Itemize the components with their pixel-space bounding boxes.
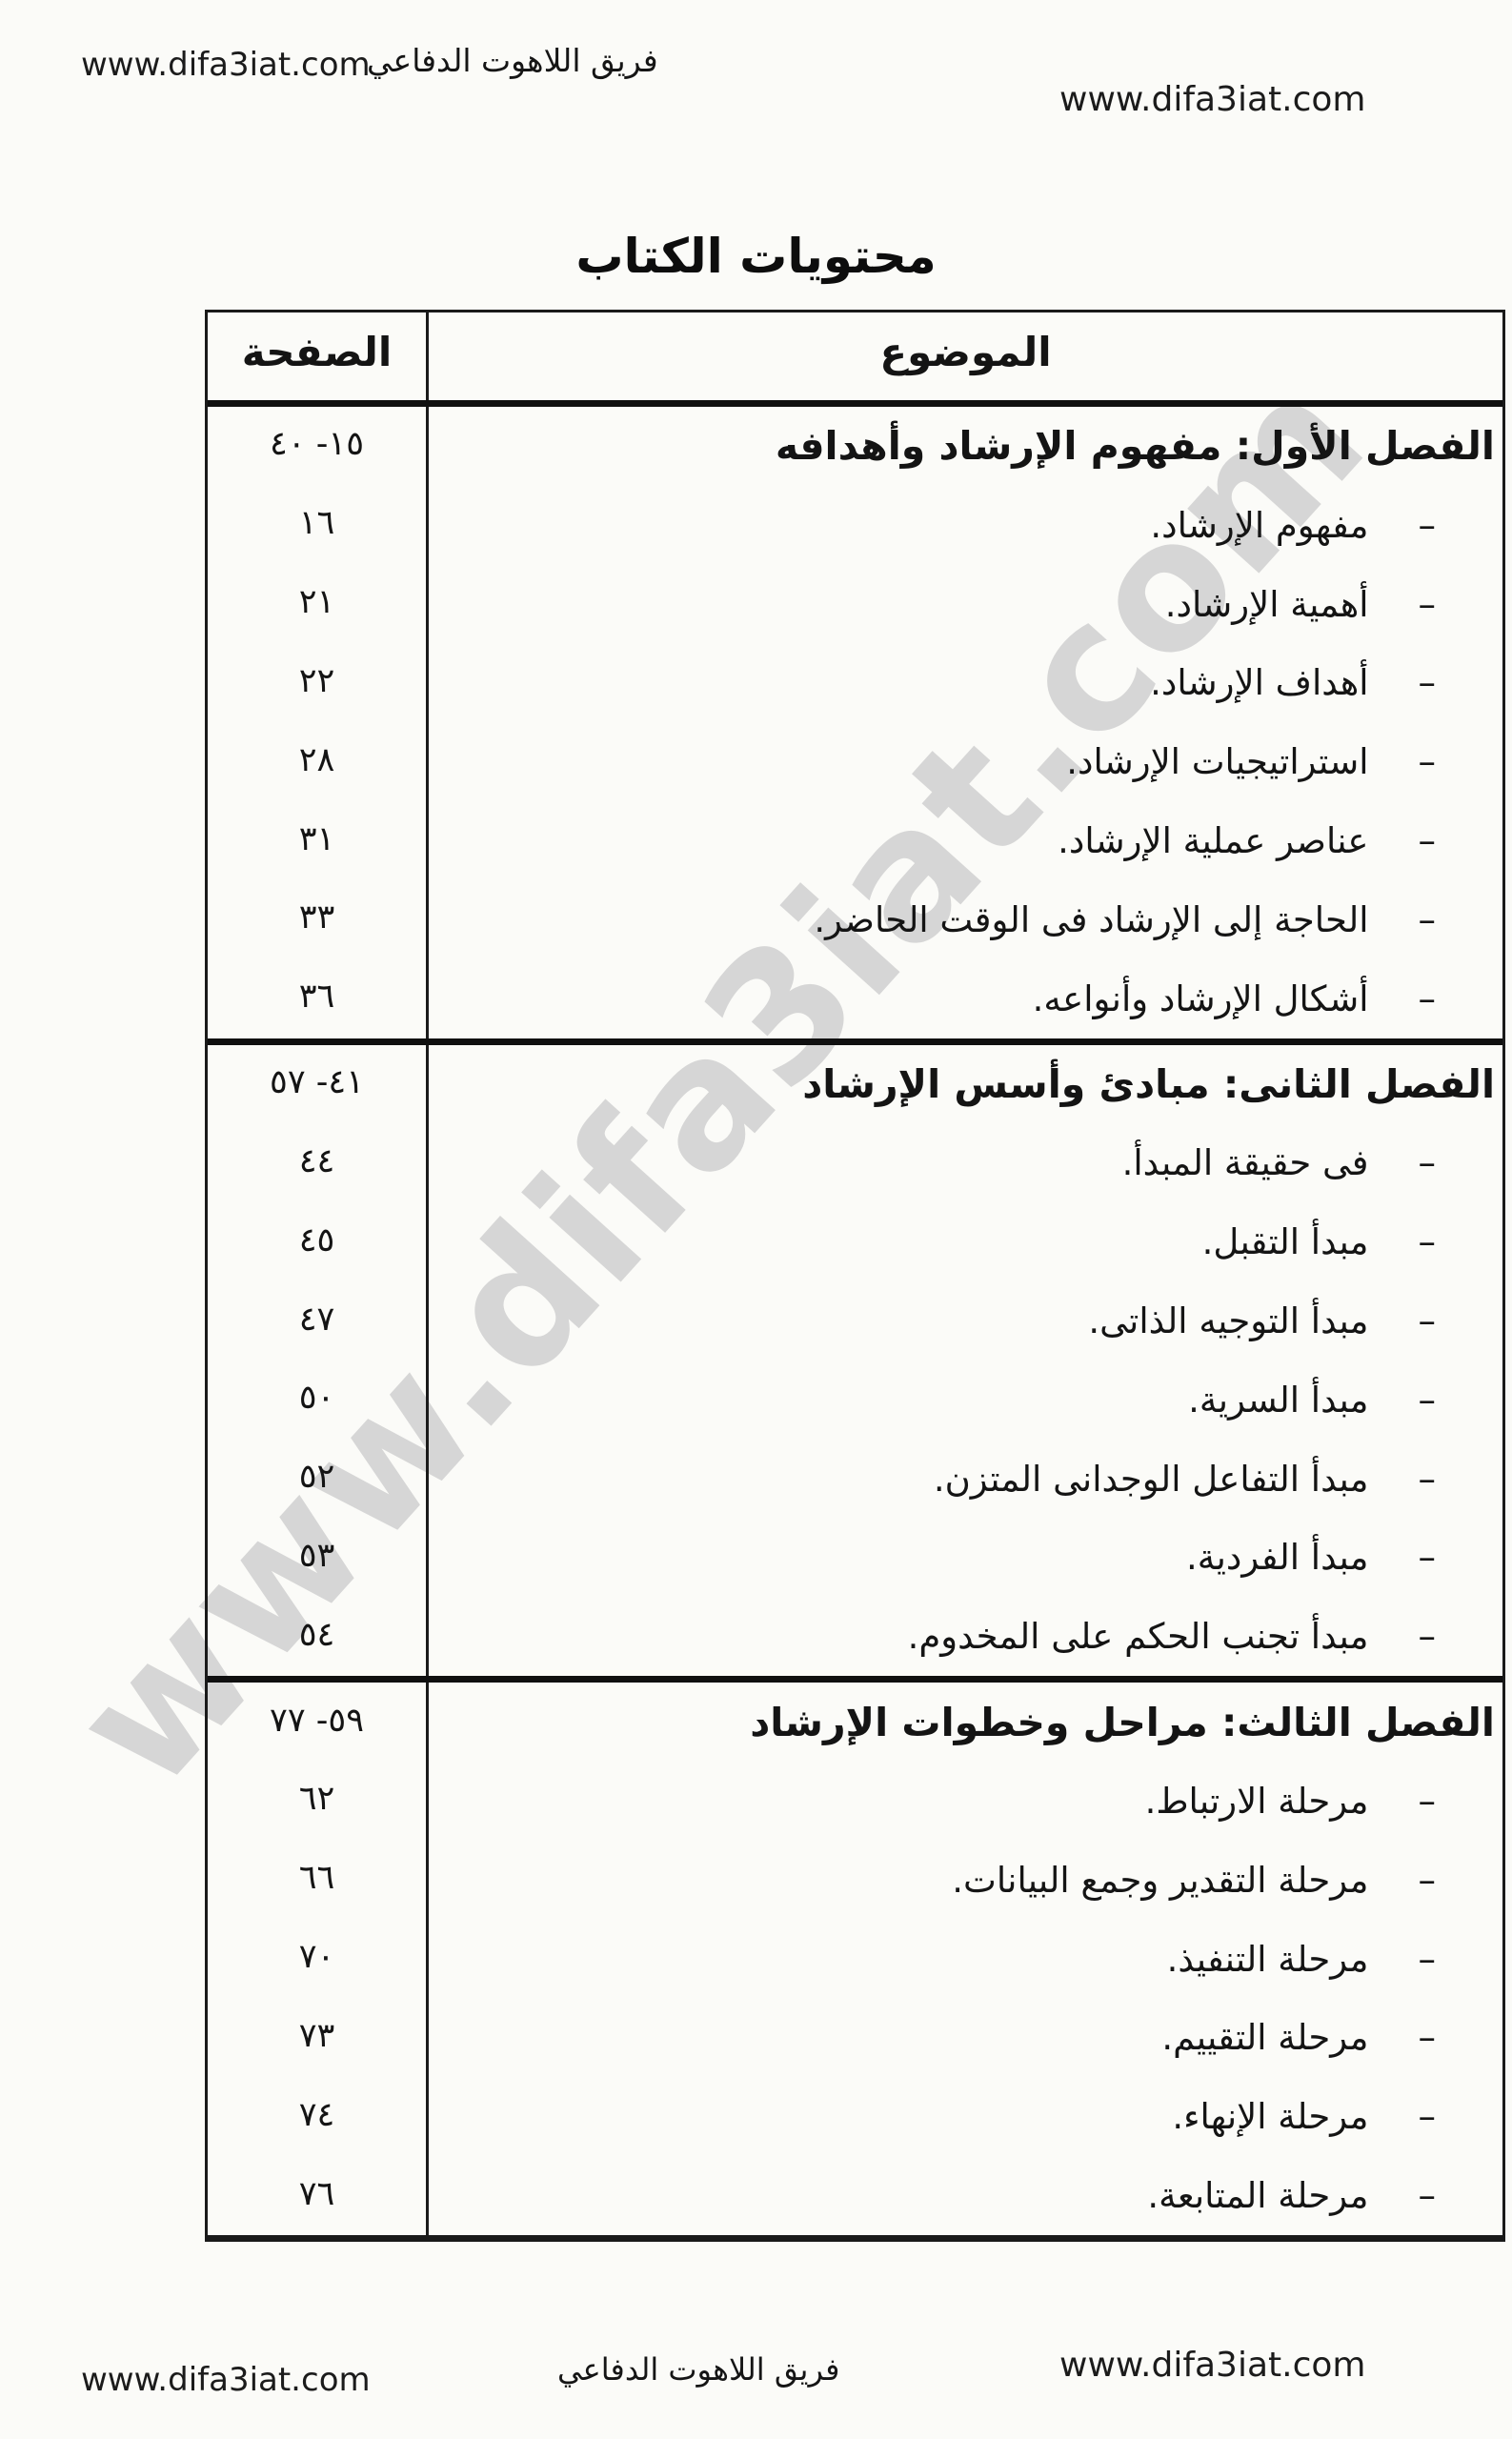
chapter-page-range: ٤١- ٥٧ — [208, 1045, 429, 1124]
column-header-page: الصفحة — [208, 312, 429, 400]
header-team-name: فريق اللاهوت الدفاعي — [367, 42, 658, 79]
toc-item-row: ٧٤ –مرحلة الإنهاء. — [208, 2077, 1502, 2156]
dash-bullet: – — [1419, 1300, 1437, 1341]
chapter-title: الفصل الثانى: مبادئ وأسس الإرشاد — [429, 1045, 1502, 1124]
item-topic-text: مرحلة التنفيذ. — [1167, 1939, 1369, 1980]
chapter-row: ٤١- ٥٧ الفصل الثانى: مبادئ وأسس الإرشاد — [208, 1045, 1502, 1124]
item-topic: –الحاجة إلى الإرشاد فى الوقت الحاضر. — [429, 880, 1502, 959]
item-page-number: ١٦ — [208, 486, 429, 565]
item-topic-text: مبدأ تجنب الحكم على المخدوم. — [908, 1616, 1369, 1657]
footer-team-name: فريق اللاهوت الدفاعي — [557, 2351, 839, 2388]
toc-item-row: ٦٢ –مرحلة الارتباط. — [208, 1762, 1502, 1841]
dash-bullet: – — [1419, 978, 1437, 1019]
dash-bullet: – — [1419, 584, 1437, 625]
item-page-number: ٢٨ — [208, 722, 429, 801]
toc-header-row: الصفحة الموضوع — [208, 312, 1502, 407]
toc-section-chapter-2: ٤١- ٥٧ الفصل الثانى: مبادئ وأسس الإرشاد … — [208, 1038, 1502, 1677]
dash-bullet: – — [1419, 1781, 1437, 1822]
item-page-number: ٦٦ — [208, 1841, 429, 1920]
toc-item-row: ٢٨ –استراتيجيات الإرشاد. — [208, 722, 1502, 801]
toc-item-row: ٥٢ –مبدأ التفاعل الوجدانى المتزن. — [208, 1440, 1502, 1519]
dash-bullet: – — [1419, 1142, 1437, 1183]
item-topic-text: مبدأ الفردية. — [1186, 1537, 1369, 1578]
dash-bullet: – — [1419, 1380, 1437, 1421]
footer-site-url-left: www.difa3iat.com — [81, 2361, 371, 2399]
item-page-number: ٤٥ — [208, 1202, 429, 1281]
item-topic: –مرحلة المتابعة. — [429, 2156, 1502, 2235]
toc-item-row: ٣٣ –الحاجة إلى الإرشاد فى الوقت الحاضر. — [208, 880, 1502, 959]
item-topic-text: مرحلة التقدير وجمع البيانات. — [952, 1860, 1368, 1901]
item-topic: –أشكال الإرشاد وأنواعه. — [429, 959, 1502, 1038]
item-topic: –مبدأ التفاعل الوجدانى المتزن. — [429, 1440, 1502, 1519]
dash-bullet: – — [1419, 741, 1437, 782]
page-title: محتويات الكتاب — [575, 229, 936, 284]
item-topic-text: مفهوم الإرشاد. — [1150, 505, 1368, 546]
toc-item-row: ٢٢ –أهداف الإرشاد. — [208, 643, 1502, 722]
toc-item-row: ٤٧ –مبدأ التوجيه الذاتى. — [208, 1281, 1502, 1361]
dash-bullet: – — [1419, 505, 1437, 546]
toc-item-row: ٧٣ –مرحلة التقييم. — [208, 1999, 1502, 2078]
item-page-number: ٥٠ — [208, 1361, 429, 1440]
dash-bullet: – — [1419, 2017, 1437, 2058]
toc-item-row: ٢١ –أهمية الإرشاد. — [208, 565, 1502, 644]
item-page-number: ٤٧ — [208, 1281, 429, 1361]
item-page-number: ٥٣ — [208, 1519, 429, 1598]
item-page-number: ٢١ — [208, 565, 429, 644]
item-topic-text: مبدأ التفاعل الوجدانى المتزن. — [934, 1459, 1369, 1500]
item-topic: –مبدأ تجنب الحكم على المخدوم. — [429, 1597, 1502, 1676]
toc-item-row: ١٦ –مفهوم الإرشاد. — [208, 486, 1502, 565]
item-topic: –أهمية الإرشاد. — [429, 565, 1502, 644]
dash-bullet: – — [1419, 1459, 1437, 1500]
item-topic-text: مرحلة المتابعة. — [1147, 2175, 1368, 2216]
dash-bullet: – — [1419, 2096, 1437, 2137]
item-topic-text: مبدأ التقبل. — [1202, 1221, 1369, 1262]
item-topic-text: أشكال الإرشاد وأنواعه. — [1033, 978, 1369, 1019]
item-topic-text: مبدأ التوجيه الذاتى. — [1088, 1300, 1368, 1341]
item-topic: –مرحلة الإنهاء. — [429, 2077, 1502, 2156]
dash-bullet: – — [1419, 1537, 1437, 1578]
item-page-number: ٧٦ — [208, 2156, 429, 2235]
item-page-number: ٧٤ — [208, 2077, 429, 2156]
item-page-number: ٢٢ — [208, 643, 429, 722]
dash-bullet: – — [1419, 820, 1437, 861]
item-topic: –مرحلة الارتباط. — [429, 1762, 1502, 1841]
item-topic: –مرحلة التقييم. — [429, 1999, 1502, 2078]
chapter-page-range: ٥٩- ٧٧ — [208, 1683, 429, 1762]
toc-section-chapter-1: ١٥- ٤٠ الفصل الأول: مفهوم الإرشاد وأهداف… — [208, 407, 1502, 1038]
column-header-topic: الموضوع — [429, 312, 1502, 400]
item-page-number: ٥٤ — [208, 1597, 429, 1676]
item-topic-text: عناصر عملية الإرشاد. — [1058, 820, 1368, 861]
dash-bullet: – — [1419, 1221, 1437, 1262]
item-topic-text: مبدأ السرية. — [1188, 1380, 1368, 1421]
item-topic: –عناصر عملية الإرشاد. — [429, 801, 1502, 880]
item-topic-text: أهداف الإرشاد. — [1150, 662, 1368, 703]
header-site-url-right: www.difa3iat.com — [1059, 80, 1365, 119]
chapter-title-text: الفصل الثانى: مبادئ وأسس الإرشاد — [802, 1061, 1495, 1107]
item-topic: –مفهوم الإرشاد. — [429, 486, 1502, 565]
item-topic-text: أهمية الإرشاد. — [1165, 584, 1369, 625]
item-topic: –مبدأ السرية. — [429, 1361, 1502, 1440]
chapter-title: الفصل الثالث: مراحل وخطوات الإرشاد — [429, 1683, 1502, 1762]
item-topic: –مبدأ التوجيه الذاتى. — [429, 1281, 1502, 1361]
toc-item-row: ٧٦ –مرحلة المتابعة. — [208, 2156, 1502, 2235]
chapter-page-range: ١٥- ٤٠ — [208, 407, 429, 486]
toc-item-row: ٤٥ –مبدأ التقبل. — [208, 1202, 1502, 1281]
item-topic: –مبدأ التقبل. — [429, 1202, 1502, 1281]
item-page-number: ٣١ — [208, 801, 429, 880]
item-topic-text: مرحلة الارتباط. — [1145, 1781, 1369, 1822]
item-topic-text: فى حقيقة المبدأ. — [1122, 1142, 1369, 1183]
item-topic-text: مرحلة التقييم. — [1161, 2017, 1368, 2058]
header-site-url-left: www.difa3iat.com — [81, 46, 371, 84]
dash-bullet: – — [1419, 2175, 1437, 2216]
toc-item-row: ٣١ –عناصر عملية الإرشاد. — [208, 801, 1502, 880]
dash-bullet: – — [1419, 662, 1437, 703]
toc-item-row: ٣٦ –أشكال الإرشاد وأنواعه. — [208, 959, 1502, 1038]
toc-item-row: ٥٣ –مبدأ الفردية. — [208, 1519, 1502, 1598]
item-topic: –فى حقيقة المبدأ. — [429, 1123, 1502, 1202]
chapter-row: ٥٩- ٧٧ الفصل الثالث: مراحل وخطوات الإرشا… — [208, 1683, 1502, 1762]
toc-item-row: ٤٤ –فى حقيقة المبدأ. — [208, 1123, 1502, 1202]
toc-item-row: ٥٠ –مبدأ السرية. — [208, 1361, 1502, 1440]
chapter-title: الفصل الأول: مفهوم الإرشاد وأهدافه — [429, 407, 1502, 486]
toc-table: الصفحة الموضوع ١٥- ٤٠ الفصل الأول: مفهوم… — [205, 310, 1505, 2242]
item-page-number: ٦٢ — [208, 1762, 429, 1841]
item-page-number: ٣٦ — [208, 959, 429, 1038]
scanned-toc-page: { "header": { "site_left": "www.difa3iat… — [0, 0, 1512, 2439]
item-page-number: ٧٣ — [208, 1999, 429, 2078]
item-topic: –مرحلة التقدير وجمع البيانات. — [429, 1841, 1502, 1920]
item-topic: –استراتيجيات الإرشاد. — [429, 722, 1502, 801]
item-topic-text: استراتيجيات الإرشاد. — [1066, 741, 1368, 782]
dash-bullet: – — [1419, 1939, 1437, 1980]
item-topic-text: مرحلة الإنهاء. — [1172, 2096, 1368, 2137]
item-page-number: ٣٣ — [208, 880, 429, 959]
item-topic: –مبدأ الفردية. — [429, 1519, 1502, 1598]
dash-bullet: – — [1419, 1860, 1437, 1901]
toc-item-row: ٦٦ –مرحلة التقدير وجمع البيانات. — [208, 1841, 1502, 1920]
item-page-number: ٤٤ — [208, 1123, 429, 1202]
item-page-number: ٥٢ — [208, 1440, 429, 1519]
toc-section-chapter-3: ٥٩- ٧٧ الفصل الثالث: مراحل وخطوات الإرشا… — [208, 1676, 1502, 2235]
footer-site-url-right: www.difa3iat.com — [1059, 2346, 1365, 2385]
chapter-title-text: الفصل الأول: مفهوم الإرشاد وأهدافه — [776, 423, 1495, 469]
chapter-row: ١٥- ٤٠ الفصل الأول: مفهوم الإرشاد وأهداف… — [208, 407, 1502, 486]
toc-item-row: ٧٠ –مرحلة التنفيذ. — [208, 1920, 1502, 1999]
chapter-title-text: الفصل الثالث: مراحل وخطوات الإرشاد — [750, 1700, 1495, 1745]
item-page-number: ٧٠ — [208, 1920, 429, 1999]
item-topic: –أهداف الإرشاد. — [429, 643, 1502, 722]
item-topic: –مرحلة التنفيذ. — [429, 1920, 1502, 1999]
item-topic-text: الحاجة إلى الإرشاد فى الوقت الحاضر. — [814, 899, 1368, 940]
dash-bullet: – — [1419, 1616, 1437, 1657]
dash-bullet: – — [1419, 899, 1437, 940]
toc-item-row: ٥٤ –مبدأ تجنب الحكم على المخدوم. — [208, 1597, 1502, 1676]
